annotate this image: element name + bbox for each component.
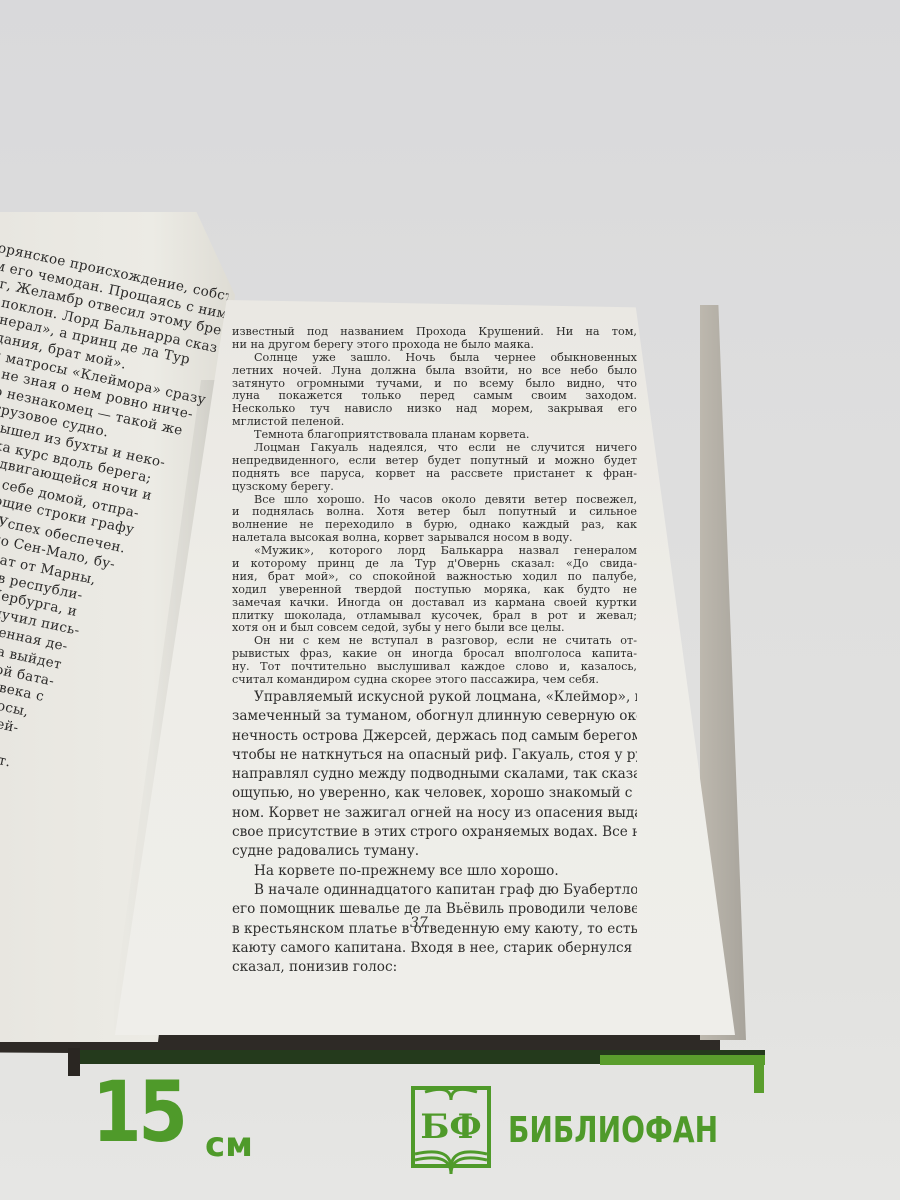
text-line: ходил уверенной твердой поступью моряка,… bbox=[232, 584, 637, 597]
text-line: направлял судно между подводными скалами… bbox=[232, 765, 637, 784]
text-line: в крестьянском платье в отведенную ему к… bbox=[232, 920, 637, 939]
text-line: известный под названием Прохода Крушений… bbox=[232, 326, 637, 339]
text-line: На корвете по-прежнему все шло хорошо. bbox=[232, 862, 637, 881]
ruler-end-tick bbox=[754, 1055, 764, 1093]
ruler-size-unit: см bbox=[205, 1125, 253, 1165]
text-line: нечность острова Джерсей, держась под са… bbox=[232, 727, 637, 746]
page-number: 37 bbox=[410, 915, 428, 931]
text-line: цузскому берегу. bbox=[232, 481, 637, 494]
text-line: Все шло хорошо. Но часов около девяти ве… bbox=[232, 494, 637, 507]
text-line: Лоцман Гакуаль надеялся, что если не слу… bbox=[232, 442, 637, 455]
text-line: В начале одиннадцатого капитан граф дю Б… bbox=[232, 881, 637, 900]
right-page-text: известный под названием Прохода Крушений… bbox=[232, 326, 637, 977]
text-line: непредвиденного, если ветер будет попутн… bbox=[232, 455, 637, 468]
text-line: Темнота благоприятствовала планам корвет… bbox=[232, 429, 637, 442]
text-line: замечая качки. Иногда он доставал из кар… bbox=[232, 597, 637, 610]
text-line: и поднялась волна. Хотя ветер был попутн… bbox=[232, 506, 637, 519]
text-line: ния, брат мой», со спокойной важностью х… bbox=[232, 571, 637, 584]
text-line: его помощник шевалье де ла Вьёвиль прово… bbox=[232, 900, 637, 919]
text-line: волнение не переходило в бурю, однако ка… bbox=[232, 519, 637, 532]
logo-monogram: БФ bbox=[420, 1107, 481, 1147]
text-line: луна покажется только перед самым своим … bbox=[232, 390, 637, 403]
text-line: затянуто огромными тучами, и по всему бы… bbox=[232, 378, 637, 391]
text-line: ощупью, но уверенно, как человек, хорошо… bbox=[232, 784, 637, 803]
text-line: ни на другом берегу этого прохода не был… bbox=[232, 339, 637, 352]
text-line: хотя он и был совсем седой, зубы у него … bbox=[232, 622, 637, 635]
text-line: свое присутствие в этих строго охраняемы… bbox=[232, 823, 637, 842]
text-line: рывистых фраз, какие он иногда бросал вп… bbox=[232, 648, 637, 661]
text-line: судне радовались туману. bbox=[232, 842, 637, 861]
text-line: замеченный за туманом, обогнул длинную с… bbox=[232, 707, 637, 726]
open-book-icon: БФ bbox=[411, 1086, 491, 1174]
text-line: сказал, понизив голос: bbox=[232, 958, 637, 977]
ruler-start-tick bbox=[68, 1048, 80, 1076]
text-line: мглистой пеленой. bbox=[232, 416, 637, 429]
text-line: Несколько туч нависло низко над морем, з… bbox=[232, 403, 637, 416]
text-line: поднять все паруса, корвет на рассвете п… bbox=[232, 468, 637, 481]
text-line: «Мужик», которого лорд Балькарра назвал … bbox=[232, 545, 637, 558]
text-line: считал командиром судна скорее этого пас… bbox=[232, 674, 637, 687]
ruler-size-number: 15 bbox=[92, 1070, 185, 1154]
text-line: чтобы не наткнуться на опасный риф. Гаку… bbox=[232, 746, 637, 765]
right-page-small-type: известный под названием Прохода Крушений… bbox=[232, 326, 637, 687]
text-line: плитку шоколада, отламывал кусочек, брал… bbox=[232, 610, 637, 623]
ruler-green-segment bbox=[600, 1055, 765, 1065]
right-page-large-type: Управляемый искусной рукой лоцмана, «Кле… bbox=[232, 688, 637, 977]
text-line: Солнце уже зашло. Ночь была чернее обыкн… bbox=[232, 352, 637, 365]
text-line: ном. Корвет не зажигал огней на носу из … bbox=[232, 804, 637, 823]
text-line: ну. Тот почтительно выслушивал каждое сл… bbox=[232, 661, 637, 674]
text-line: налетала высокая волна, корвет зарывался… bbox=[232, 532, 637, 545]
text-line: каюту самого капитана. Входя в нее, стар… bbox=[232, 939, 637, 958]
text-line: Управляемый искусной рукой лоцмана, «Кле… bbox=[232, 688, 637, 707]
text-line: Он ни с кем не вступал в разговор, если … bbox=[232, 635, 637, 648]
logo-name: БИБЛИОФАН bbox=[508, 1110, 718, 1151]
text-line: и которому принц де ла Тур д'Овернь сказ… bbox=[232, 558, 637, 571]
text-line: летних ночей. Луна должна была взойти, н… bbox=[232, 365, 637, 378]
